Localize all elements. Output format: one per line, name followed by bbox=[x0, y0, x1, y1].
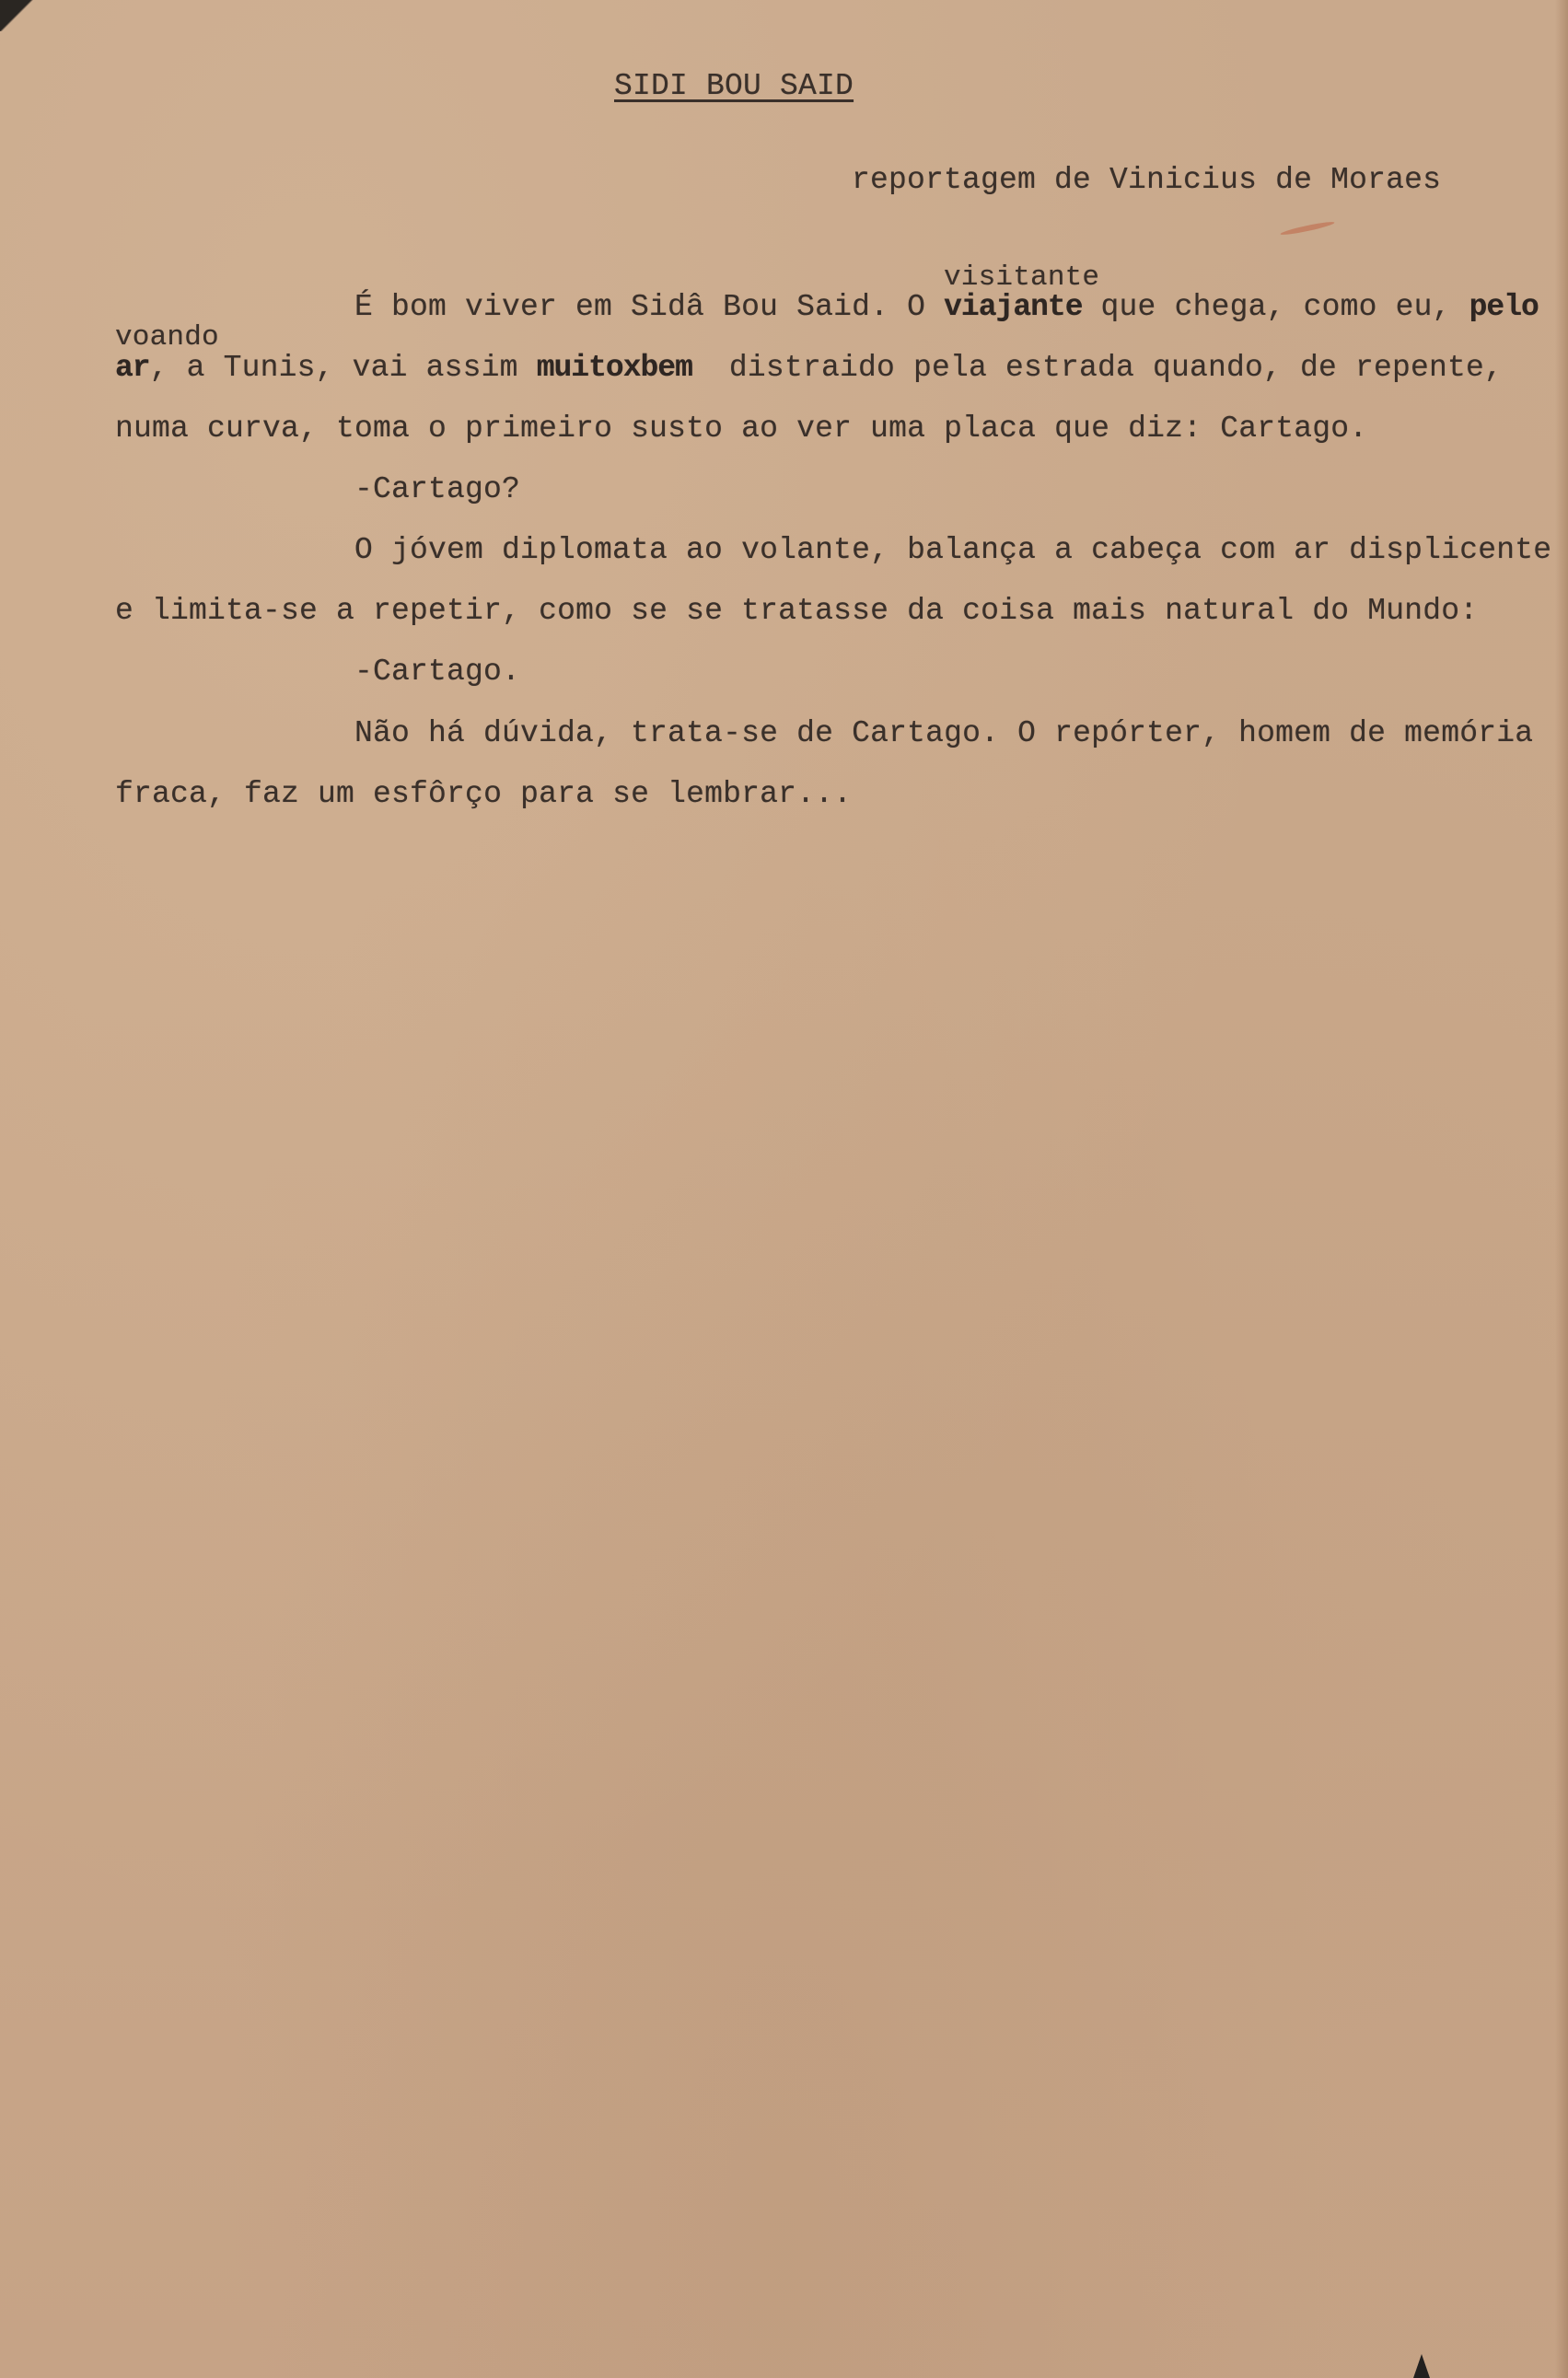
text-run: distraido pela estrada quando, de repent… bbox=[692, 351, 1503, 385]
text-run: que chega, como eu, bbox=[1083, 290, 1469, 324]
struck-word: pelo bbox=[1469, 290, 1539, 324]
paragraph-1-line-1: É bom viver em Sidâ Bou Said. O viajante… bbox=[354, 289, 1539, 326]
byline: reportagem de Vinicius de Moraes bbox=[852, 162, 1441, 199]
text-run: , a Tunis, vai assim bbox=[150, 351, 537, 385]
dialogue-line: -Cartago? bbox=[354, 471, 520, 508]
paragraph-5-line-1: Não há dúvida, trata-se de Cartago. O re… bbox=[354, 715, 1533, 752]
corner-mark bbox=[1413, 2354, 1430, 2378]
typewritten-page: SIDI BOU SAID reportagem de Vinicius de … bbox=[0, 0, 1568, 2378]
folded-corner bbox=[0, 0, 33, 31]
paragraph-3-line-2: e limita-se a repetir, como se se tratas… bbox=[115, 593, 1478, 630]
struck-word: viajante bbox=[944, 290, 1082, 324]
paper-edge-shadow bbox=[1555, 0, 1568, 2378]
text-run: É bom viver em Sidâ Bou Said. O bbox=[354, 290, 944, 324]
struck-word: ar bbox=[115, 351, 150, 385]
paragraph-1-line-3: numa curva, toma o primeiro susto ao ver… bbox=[115, 411, 1367, 447]
dialogue-line: -Cartago. bbox=[354, 654, 520, 690]
paragraph-3-line-1: O jóvem diplomata ao volante, balança a … bbox=[354, 532, 1551, 569]
paragraph-1-line-2: ar, a Tunis, vai assim muitoxbem distrai… bbox=[115, 350, 1503, 387]
document-title: SIDI BOU SAID bbox=[614, 68, 854, 105]
paragraph-5-line-2: fraca, faz um esfôrço para se lembrar... bbox=[115, 776, 852, 813]
paper-stain bbox=[1280, 220, 1335, 237]
struck-word: muitoxbem bbox=[537, 351, 692, 385]
